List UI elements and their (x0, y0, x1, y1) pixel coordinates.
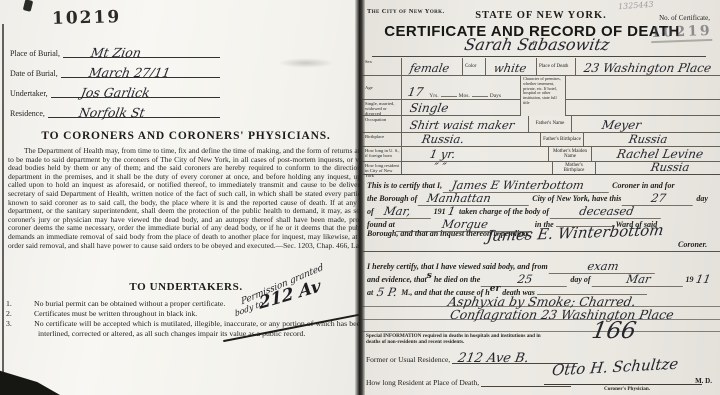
print-text: 191 (434, 207, 446, 216)
physician-md-label: M. D. (695, 377, 712, 385)
fathers-name-handwriting: Meyer (601, 118, 642, 132)
marital-label: Single, married, widowed or divorced (362, 100, 402, 115)
death-certificate-page: 1325443 The City of New York. STATE OF N… (362, 0, 720, 395)
table-row-birthplace: Birthplace Russia. Father's Birthplace R… (362, 133, 720, 147)
howlong-resident-label: How long Resident at Place of Death, (366, 378, 481, 387)
undertakers-item-3: 3. No certificate will be accepted which… (12, 319, 362, 339)
birthplace-label: Birthplace (362, 133, 402, 146)
fathers-name-label: Father's Name (528, 116, 572, 132)
vital-statistics-table: Sex female Color white Place of Death 23… (362, 58, 720, 175)
fathers-birthplace-value: Russia (584, 132, 720, 146)
item-text: No burial permit can be obtained without… (34, 299, 225, 308)
birthplace-value: Russia. (402, 132, 540, 146)
date-of-burial-field: Date of Burial, March 27/11 (10, 60, 220, 78)
howlong-resident-field: How long Resident at Place of Death, (366, 372, 571, 387)
fathers-name-value: Meyer (572, 118, 720, 132)
color-handwriting: white (493, 61, 528, 75)
color-value: white (486, 61, 536, 75)
undertaker-field: Undertaker, Jos Garlick (10, 80, 220, 98)
physician-title: Coroner's Physician. (604, 386, 650, 392)
print-text: day of (570, 275, 590, 284)
undertaker-label: Undertaker, (10, 89, 51, 98)
age-label: Age (362, 76, 402, 99)
item-number: 1. (22, 299, 32, 309)
nyc-resident-value: ″ ″ (402, 160, 552, 174)
residence-line: Norfolk St (48, 100, 220, 118)
former-residence-label: Former or Usual Residence, (366, 355, 452, 364)
mothers-birthplace-label: Mother's Birthplace (552, 162, 596, 174)
fathers-birthplace-handwriting: Russia (628, 132, 669, 146)
place-of-death-label: Place of Death (536, 58, 576, 75)
special-information-note: Special INFORMATION required in deaths i… (366, 333, 556, 345)
occupation-label: Occupation (362, 116, 402, 132)
certificate-number-stamp: 10219 (52, 7, 122, 29)
item-number: 2. (22, 309, 32, 319)
item-number: 3. (22, 319, 32, 329)
date-of-burial-value: March 27/11 (88, 65, 172, 80)
scanned-death-certificate: { "left_page": { "stamp_number": "10219"… (0, 0, 720, 395)
place-of-burial-line: Mt Zion (63, 40, 220, 58)
undertakers-item-2: 2. Certificates must be written througho… (12, 309, 362, 319)
us-years-value: 1 yr. (402, 147, 548, 161)
occupation-handwriting: Shirt waist maker (409, 118, 516, 132)
place-of-burial-field: Place of Burial, Mt Zion (10, 40, 220, 58)
age-units: Yrs.Mos.Days (429, 93, 501, 99)
age-handwriting: 17 (407, 85, 425, 99)
print-text: City of New York, have this (532, 194, 621, 203)
mothers-birthplace-value: Russia (596, 160, 720, 174)
marital-handwriting: Single (409, 101, 450, 115)
er-insert-handwriting: er (490, 284, 500, 294)
place-of-death-handwriting: 23 Washington Place (583, 61, 713, 75)
residence-value: Norfolk St (78, 105, 146, 120)
coroners-heading: TO CORONERS AND CORONERS' PHYSICIANS. (0, 130, 362, 142)
mothers-maiden-label: Mother's Maiden Name (548, 147, 592, 161)
marital-value: Single (402, 101, 528, 115)
sex-label: Sex (362, 58, 402, 75)
age-value: 17 Yrs.Mos.Days (402, 85, 526, 99)
scan-edge-artifact (2, 24, 4, 395)
scan-mark-artifact (23, 0, 33, 12)
print-text: day (696, 194, 708, 203)
undertakers-list: 1. No burial permit can be obtained with… (12, 299, 362, 339)
coroners-paragraph: The Department of Health may, from time … (8, 147, 362, 250)
mothers-maiden-handwriting: Rachel Levine (616, 147, 705, 161)
print-text: This is to certify that I, (367, 181, 442, 190)
section-divider (362, 251, 720, 252)
residence-label: Residence, (10, 109, 48, 118)
table-row-occupation: Occupation Shirt waist maker Father's Na… (362, 116, 720, 133)
date-of-burial-line: March 27/11 (61, 60, 220, 78)
deceased-name: Sarah Sabasowitz (410, 35, 663, 54)
fathers-birthplace-label: Father's Birthplace (540, 133, 584, 146)
cause-of-death-line2: Conflagration 23 Washington Place (401, 307, 720, 322)
name-underline (372, 56, 706, 57)
place-of-death-value: 23 Washington Place (576, 61, 720, 75)
occupation-value: Shirt waist maker (402, 118, 528, 132)
print-text: and evidence, that (367, 275, 427, 284)
scan-smudge (278, 58, 334, 68)
former-residence-field: Former or Usual Residence, 212 Ave B. (366, 349, 578, 364)
nyc-resident-label: How long resident in City of New York (362, 162, 402, 174)
date-of-burial-label: Date of Burial, (10, 69, 61, 78)
place-of-burial-value: Mt Zion (90, 45, 143, 60)
birthplace-handwriting: Russia. (421, 132, 466, 146)
scan-corner-artifact (0, 368, 60, 395)
item-text: Certificates must be written throughout … (34, 309, 197, 318)
sex-handwriting: female (409, 61, 451, 75)
print-text: I hereby certify, that I have viewed sai… (367, 262, 548, 271)
former-residence-value: 212 Ave B. (457, 351, 530, 366)
coroner-signature-title: Coroner. (678, 240, 707, 249)
nyc-resident-handwriting: ″ ″ (433, 160, 448, 174)
us-years-label: How long in U. S., if foreign born (362, 147, 402, 161)
print-text: at (367, 288, 373, 297)
undertaker-value: Jos Garlick (80, 85, 152, 100)
print-text: the Borough of (367, 194, 417, 203)
case-number-handwriting: 166 (590, 318, 638, 344)
table-row-nyc-resident: How long resident in City of New York ″ … (362, 162, 720, 175)
undertaker-line: Jos Garlick (51, 80, 220, 98)
print-text: Coroner in and for (612, 181, 674, 190)
certificate-number-label: No. of Certificate, (659, 14, 710, 22)
print-text: found at (367, 220, 395, 229)
premises-character-label: Character of premises, whether tenement,… (520, 76, 566, 116)
undertakers-item-1: 1. No burial permit can be obtained with… (12, 299, 362, 309)
table-row-sex: Sex female Color white Place of Death 23… (362, 58, 720, 76)
coroners-instructions-page: 10219 Place of Burial, Mt Zion Date of B… (0, 0, 362, 395)
print-text: of (367, 207, 374, 216)
mothers-birthplace-handwriting: Russia (650, 160, 691, 174)
sex-value: female (402, 61, 462, 75)
print-text: taken charge of the body of (459, 207, 549, 216)
us-years-handwriting: 1 yr. (429, 147, 457, 161)
page-binding-shadow (355, 0, 365, 395)
print-text: he died on the (434, 275, 480, 284)
mothers-maiden-value: Rachel Levine (592, 147, 720, 161)
s-insert-handwriting: s (427, 271, 432, 281)
residence-field: Residence, Norfolk St (10, 100, 220, 118)
color-label: Color (462, 58, 486, 75)
place-of-burial-label: Place of Burial, (10, 49, 63, 58)
form-rule (362, 331, 720, 332)
